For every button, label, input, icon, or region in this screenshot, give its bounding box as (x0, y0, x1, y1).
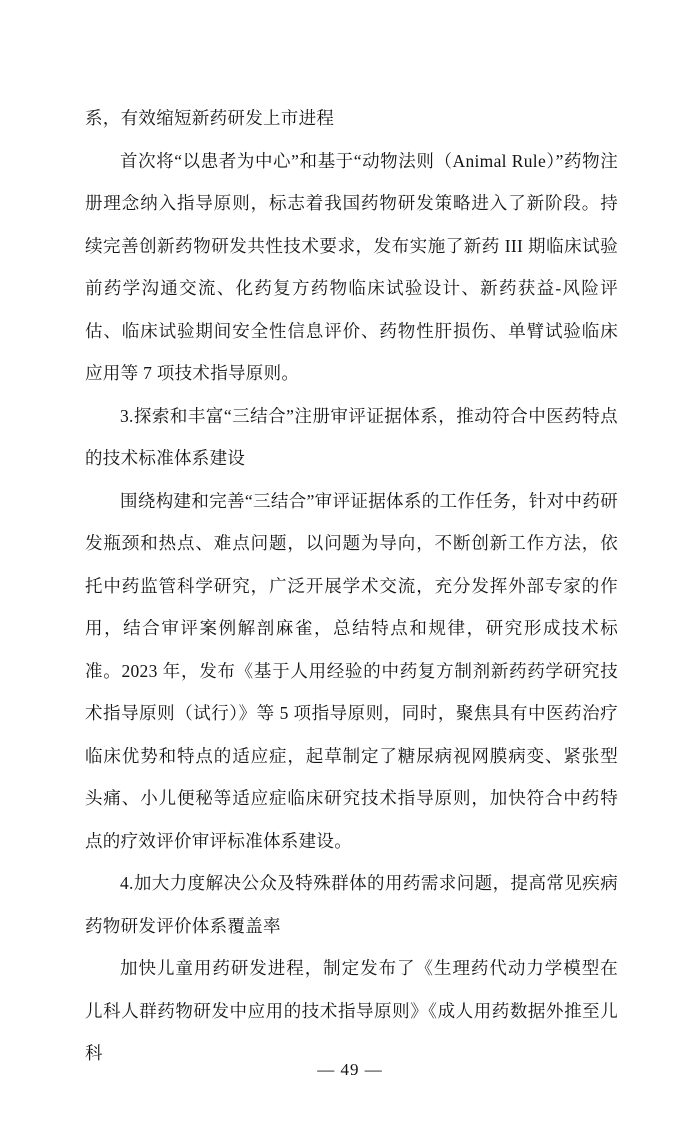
paragraph-drug-registration-concepts: 首次将“以患者为中心”和基于“动物法则（Animal Rule）”药物注册理念纳… (85, 140, 618, 395)
document-text-block: 系，有效缩短新药研发上市进程 首次将“以患者为中心”和基于“动物法则（Anima… (85, 97, 618, 1075)
paragraph-tcm-evidence-system: 围绕构建和完善“三结合”审评证据体系的工作任务，针对中药研发瓶颈和热点、难点问题… (85, 480, 618, 863)
heading-continuation-line: 系，有效缩短新药研发上市进程 (85, 97, 618, 140)
page-number: — 49 — (0, 1056, 700, 1084)
heading-item-3: 3.探索和丰富“三结合”注册审评证据体系，推动符合中医药特点的技术标准体系建设 (85, 395, 618, 480)
heading-item-4: 4.加大力度解决公众及特殊群体的用药需求问题，提高常见疾病药物研发评价体系覆盖率 (85, 862, 618, 947)
document-page: 系，有效缩短新药研发上市进程 首次将“以患者为中心”和基于“动物法则（Anima… (0, 0, 700, 1148)
